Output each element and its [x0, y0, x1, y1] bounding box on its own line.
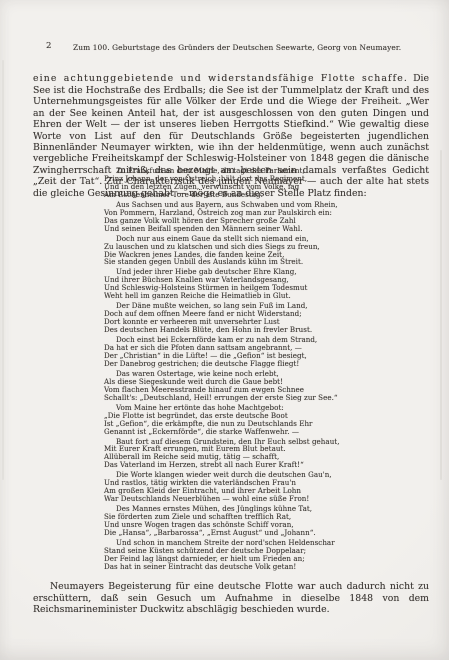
poem-line: Weht hell im ganzen Reiche die Heimatlie… — [104, 292, 340, 300]
page-header: 2 Zum 100. Geburtstage des Gründers der … — [0, 41, 449, 55]
poem-line: Das Vaterland im Herzen, strebt all nach… — [104, 461, 340, 469]
poem-stanza: Vom Maine her ertönte das hohe Machtgebo… — [104, 404, 340, 436]
poem-line: Schallt's: „Deutschland, Heil! errungen … — [104, 394, 340, 402]
poem-line: Am Eschenheimer Tore der alte Bundestag. — [104, 191, 340, 199]
running-title: Zum 100. Geburtstage des Gründers der De… — [73, 43, 401, 52]
poem-stanza: Die Worte klangen wieder weit durch die … — [104, 471, 340, 503]
poem-line: Genannt ist „Eckernförde“, die starke Wa… — [104, 428, 340, 436]
poem-line: Das hat in seiner Eintracht das deutsche… — [104, 563, 340, 571]
poem-stanza: Doch einst bei Eckernförde kam er zu nah… — [104, 336, 340, 368]
poem-line: Die „Hansa“, „Barbarossa“, „Ernst August… — [104, 529, 340, 537]
body-paragraph-closing: Neumayers Begeisterung für eine deutsche… — [33, 581, 429, 616]
poem-line: War Deutschlands Neuerblühen — wohl eine… — [104, 495, 340, 503]
poem-stanza: Des Mannes ernstes Mühen, des Jünglings … — [104, 505, 340, 537]
scan-edge-artifact — [2, 60, 4, 480]
poem: Zu Frankfurt an dem Maine, da tagt das P… — [104, 167, 340, 573]
poem-stanza: Und schon in manchem Streite der nord'sc… — [104, 539, 340, 571]
page-number: 2 — [46, 41, 51, 51]
poem-stanza: Das waren Ostertage, wie keine noch erle… — [104, 370, 340, 402]
poem-line: Und seinen Beifall spenden den Männern s… — [104, 225, 340, 233]
poem-stanza: Und jeder ihrer Hiebe gab deutscher Ehre… — [104, 268, 340, 300]
poem-stanza: Doch nur aus einem Gaue da stellt sich n… — [104, 235, 340, 267]
scan-edge-artifact — [440, 150, 442, 480]
poem-stanza: Der Däne mußte weichen, so lang sein Fuß… — [104, 302, 340, 334]
poem-line: Des deutschen Handels Blüte, den Hohn in… — [104, 326, 340, 334]
scanned-book-page: 2 Zum 100. Geburtstage des Gründers der … — [0, 0, 449, 660]
emphasized-spaced-text: eine achtunggebietende und widerstandsfä… — [33, 73, 408, 84]
poem-line: Der Danebrog gestrichen; die deutsche Fl… — [104, 360, 340, 368]
poem-stanza: Zu Frankfurt an dem Maine, da tagt das P… — [104, 167, 340, 199]
poem-stanza: Baut fort auf diesem Grundstein, den Ihr… — [104, 438, 340, 470]
poem-line: Sie standen gegen Unbill des Auslands kü… — [104, 258, 340, 266]
poem-stanza: Aus Sachsen und aus Bayern, aus Schwaben… — [104, 201, 340, 233]
